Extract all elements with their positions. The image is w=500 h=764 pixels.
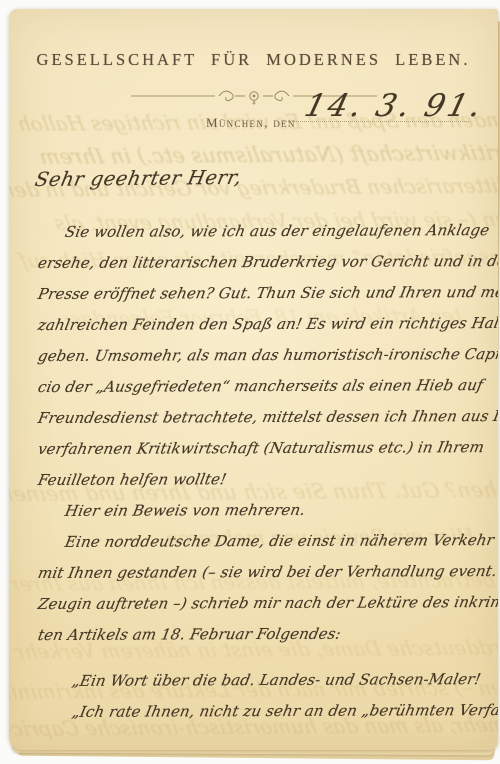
handwriting-line: geben. Umsomehr, als man das humoristisc…	[34, 345, 492, 378]
handwriting-line: Freundesdienst betrachtete, mittelst des…	[34, 407, 492, 440]
letterhead-title: GESELLSCHAFT FÜR MODERNES LEBEN.	[9, 50, 498, 70]
handwriting-line: ersehe, den litterarischen Bruderkrieg v…	[34, 252, 492, 285]
handwriting-line: ten Artikels am 18. Februar Folgendes:	[34, 624, 492, 657]
handwriting-line: Sie wollen also, wie ich aus der eingela…	[34, 221, 492, 254]
letter-content: GESELLSCHAFT FÜR MODERNES LEBEN. München…	[9, 9, 498, 750]
letter-paper: zahlreichen Feinden den Spaß an! Es wird…	[9, 9, 498, 750]
handwriting-line: Zeugin auftreten –) schrieb mir nach der…	[34, 593, 492, 626]
place-date-label: München, den	[206, 115, 296, 131]
handwriting-line: Presse eröffnet sehen? Gut. Thun Sie sic…	[34, 283, 492, 316]
handwriting-line: zahlreichen Feinden den Spaß an! Es wird…	[34, 314, 492, 347]
handwriting-line: „Ich rate Ihnen, nicht zu sehr an den „b…	[34, 701, 492, 734]
handwriting-line: Eine norddeutsche Dame, die einst in näh…	[34, 531, 492, 564]
handwriting-line: cio der „Ausgefriedeten“ mancherseits al…	[34, 376, 492, 409]
handwriting-line: Hier ein Beweis von mehreren.	[34, 500, 492, 533]
handwritten-date: 14. 3. 91.	[301, 88, 488, 124]
handwriting-line: „Ein Wort über die bad. Landes- und Sach…	[34, 670, 492, 703]
scanned-letter: zahlreichen Feinden den Spaß an! Es wird…	[0, 0, 500, 764]
letter-body: Sie wollen also, wie ich aus der eingela…	[34, 223, 486, 734]
handwriting-line: verfahrenen Kritikwirtschaft (Naturalism…	[34, 438, 492, 471]
handwriting-line: mit Ihnen gestanden (– sie wird bei der …	[34, 562, 492, 595]
salutation: Sehr geehrter Herr,	[33, 166, 244, 191]
handwriting-line: Feuilleton helfen wollte!	[34, 469, 492, 502]
